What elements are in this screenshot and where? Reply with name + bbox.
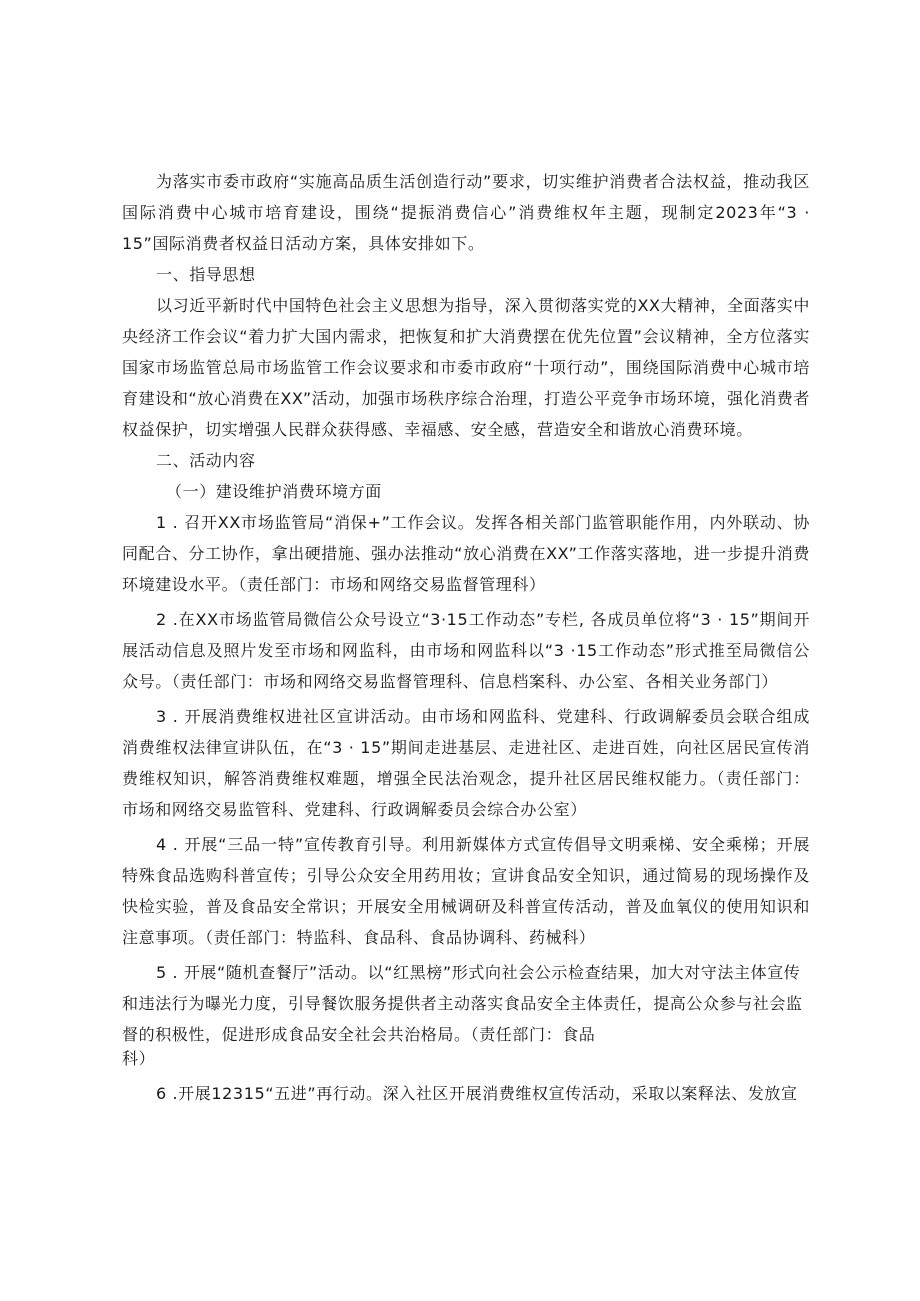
- list-item-1: 1 . 召开XX市场监管局“消保+”工作会议。发挥各相关部门监管职能作用，内外联…: [122, 507, 810, 600]
- document-page: 为落实市委市政府“实施高品质生活创造行动”要求，切实维护消费者合法权益，推动我区…: [122, 166, 810, 1109]
- section-heading-activity-content: 二、活动内容: [122, 445, 810, 476]
- intro-paragraph: 为落实市委市政府“实施高品质生活创造行动”要求，切实维护消费者合法权益，推动我区…: [122, 166, 810, 259]
- section-heading-guiding-ideology: 一、指导思想: [122, 259, 810, 290]
- list-item-6: 6 .开展12315“五进”再行动。深入社区开展消费维权宣传活动，采取以案释法、…: [122, 1078, 810, 1109]
- list-item-5-tail: 科）: [122, 1050, 810, 1068]
- list-item-5-text: 5 . 开展“随机查餐厅”活动。以“红黑榜”形式向社会公示检查结果，加大对守法主…: [122, 963, 803, 1044]
- list-item-5: 5 . 开展“随机查餐厅”活动。以“红黑榜”形式向社会公示检查结果，加大对守法主…: [122, 957, 810, 1068]
- subsection-heading-consumer-environment: （一）建设维护消费环境方面: [122, 476, 810, 507]
- list-item-4: 4 . 开展“三品一特”宣传教育引导。利用新媒体方式宣传倡导文明乘梯、安全乘梯；…: [122, 829, 810, 953]
- list-item-2: 2 .在XX市场监管局微信公众号设立“3·15工作动态”专栏, 各成员单位将“3…: [122, 604, 810, 697]
- list-item-3: 3 . 开展消费维权进社区宣讲活动。由市场和网监科、党建科、行政调解委员会联合组…: [122, 701, 810, 825]
- guiding-ideology-paragraph: 以习近平新时代中国特色社会主义思想为指导，深入贯彻落实党的XX大精神，全面落实中…: [122, 290, 810, 445]
